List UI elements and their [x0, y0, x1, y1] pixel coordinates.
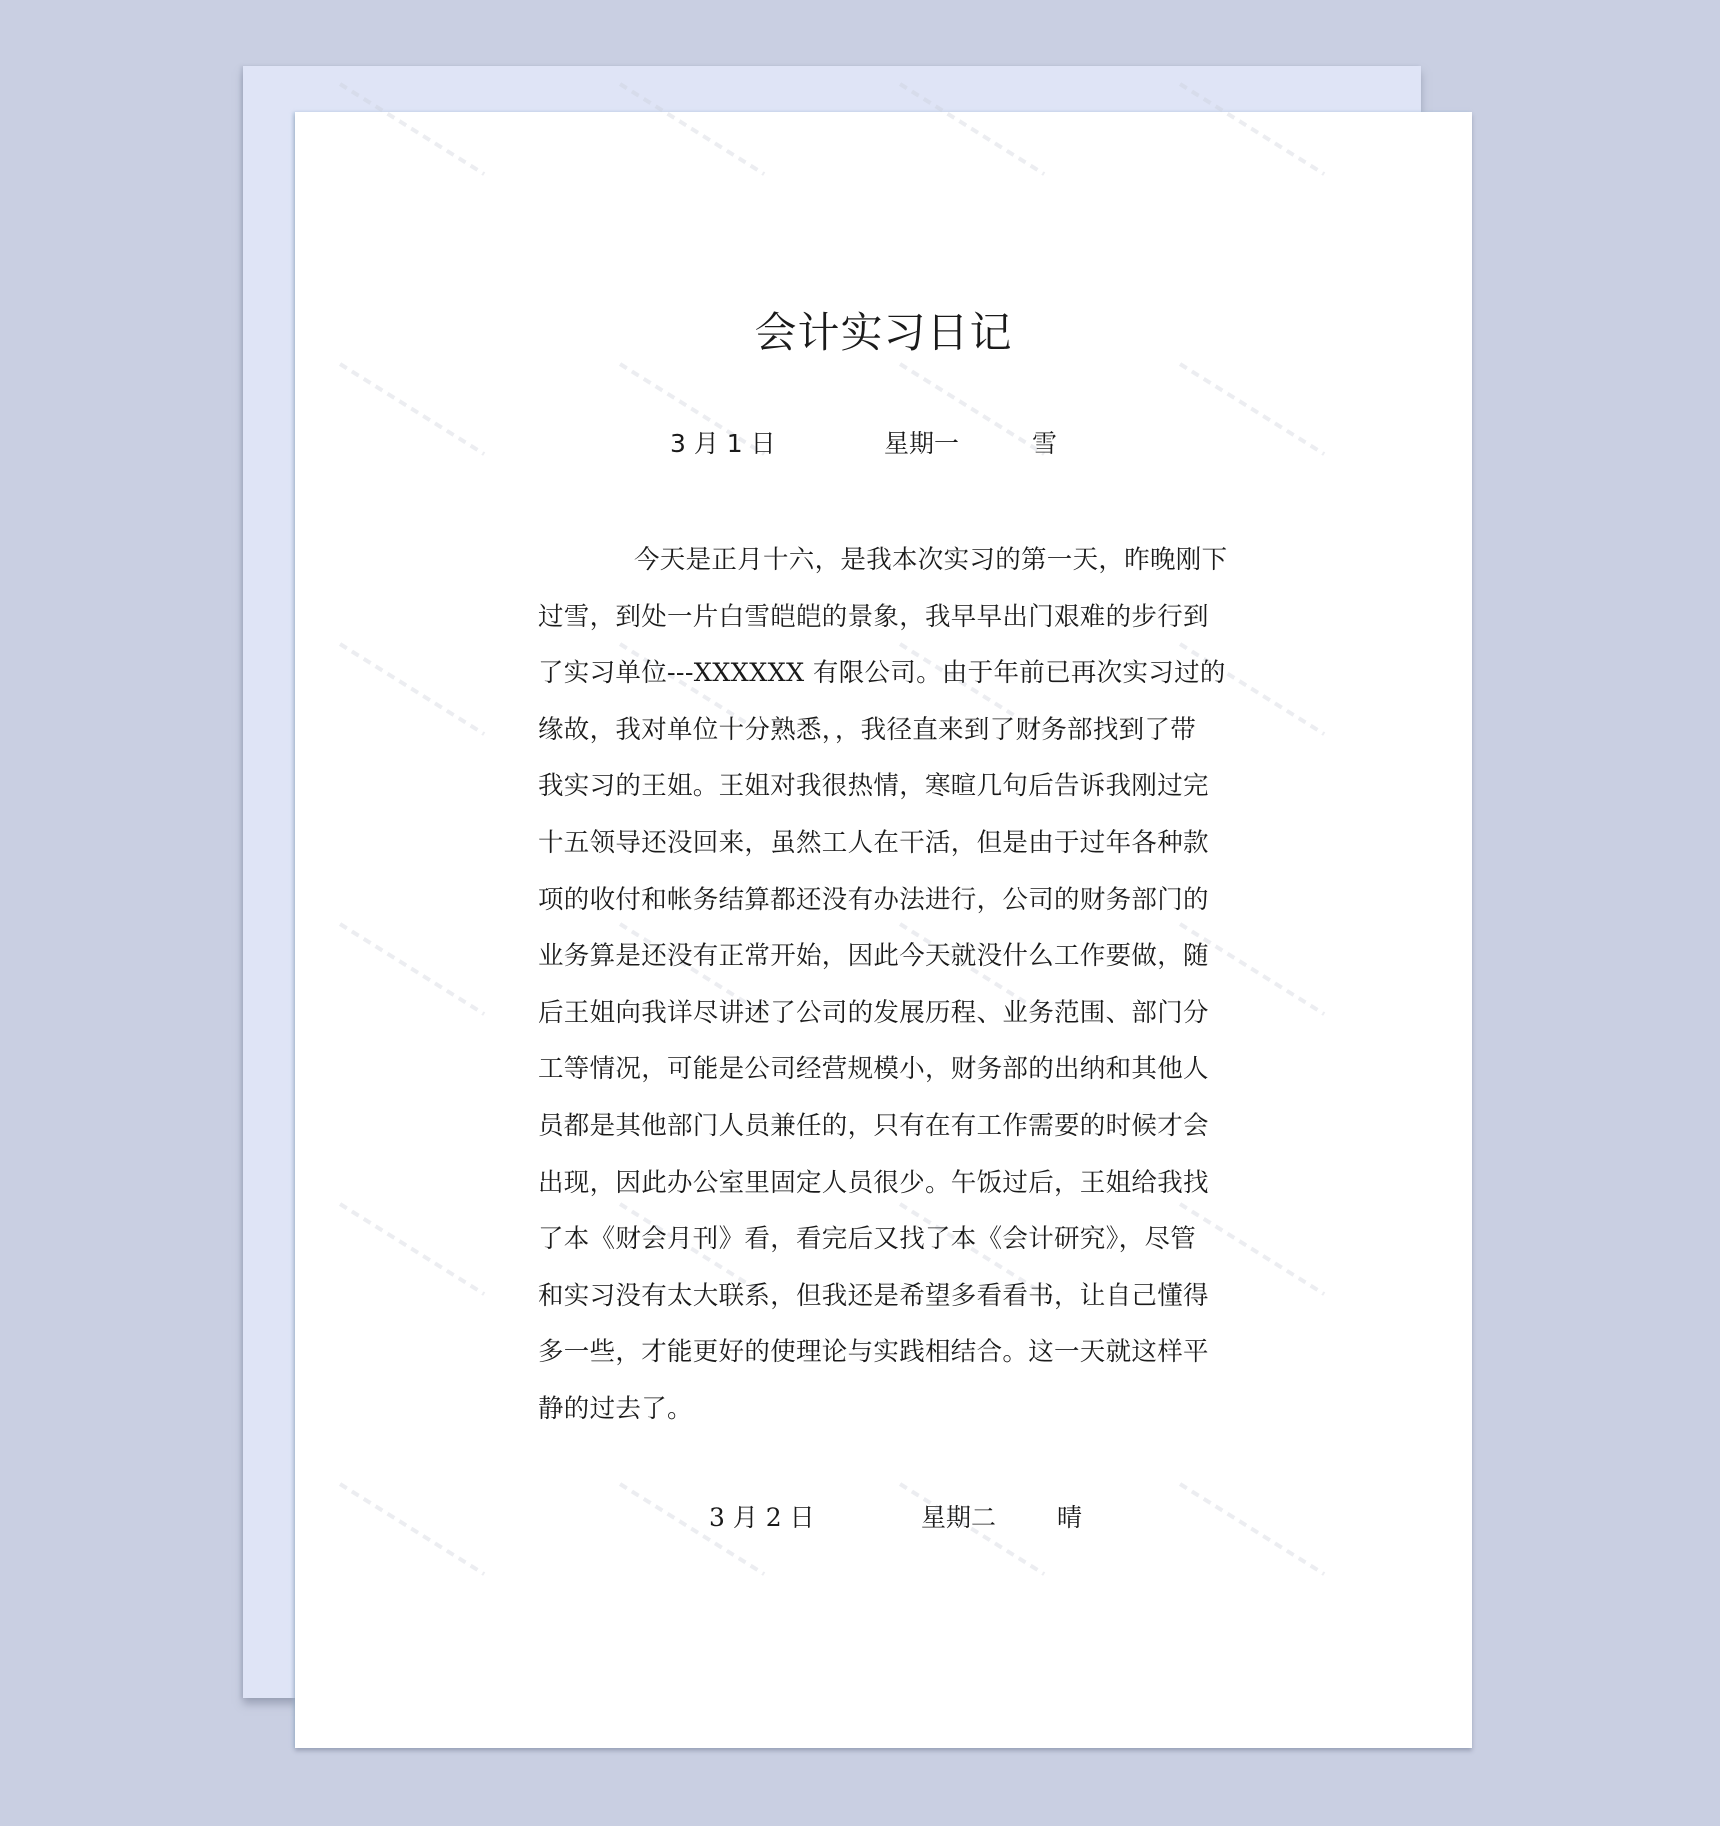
body-line: 我实习的王姐。王姐对我很热情，寒暄几句后告诉我刚过完	[538, 758, 1258, 815]
body-line: 后王姐向我详尽讲述了公司的发展历程、业务范围、部门分	[538, 985, 1258, 1042]
body-line: 项的收付和帐务结算都还没有办法进行，公司的财务部门的	[538, 872, 1258, 929]
body-line: 业务算是还没有正常开始，因此今天就没什么工作要做，随	[538, 928, 1258, 985]
body-line: 工等情况，可能是公司经营规模小，财务部的出纳和其他人	[538, 1041, 1258, 1098]
body-line: 缘故，我对单位十分熟悉，，我径直来到了财务部找到了带	[538, 702, 1258, 759]
body-line: 和实习没有太大联系，但我还是希望多看看书，让自己懂得	[538, 1268, 1258, 1325]
entry-header-2: 3 月 2 日 星期二 晴	[295, 1498, 1472, 1532]
body-line: 员都是其他部门人员兼任的，只有在有工作需要的时候才会	[538, 1098, 1258, 1155]
entry-date: 3 月 2 日	[709, 1498, 815, 1534]
body-line: 今天是正月十六，是我本次实习的第一天，昨晚刚下	[538, 532, 1258, 589]
document-page: 会计实习日记 3 月 1 日 星期一 雪 今天是正月十六，是我本次实习的第一天，…	[295, 112, 1472, 1748]
body-line: 十五领导还没回来，虽然工人在干活，但是由于过年各种款	[538, 815, 1258, 872]
watermark	[339, 1202, 485, 1295]
body-line: 了本《财会月刊》看，看完后又找了本《会计研究》，尽管	[538, 1211, 1258, 1268]
entry-weather: 晴	[1057, 1498, 1082, 1534]
entry-body-1: 今天是正月十六，是我本次实习的第一天，昨晚刚下 过雪，到处一片白雪皑皑的景象，我…	[538, 532, 1258, 1438]
entry-header-1: 3 月 1 日 星期一 雪	[295, 424, 1472, 458]
entry-date: 3 月 1 日	[670, 424, 776, 460]
entry-weather: 雪	[1032, 424, 1057, 460]
entry-weekday: 星期一	[884, 424, 959, 460]
body-line: 多一些，才能更好的使理论与实践相结合。这一天就这样平	[538, 1324, 1258, 1381]
body-line: 静的过去了。	[538, 1381, 1258, 1438]
watermark	[339, 642, 485, 735]
entry-weekday: 星期二	[921, 1498, 996, 1534]
watermark	[339, 922, 485, 1015]
document-title: 会计实习日记	[295, 300, 1472, 360]
body-line: 了实习单位---XXXXXX 有限公司。由于年前已再次实习过的	[538, 645, 1258, 702]
body-line: 过雪，到处一片白雪皑皑的景象，我早早出门艰难的步行到	[538, 589, 1258, 646]
body-line: 出现，因此办公室里固定人员很少。午饭过后，王姐给我找	[538, 1155, 1258, 1212]
